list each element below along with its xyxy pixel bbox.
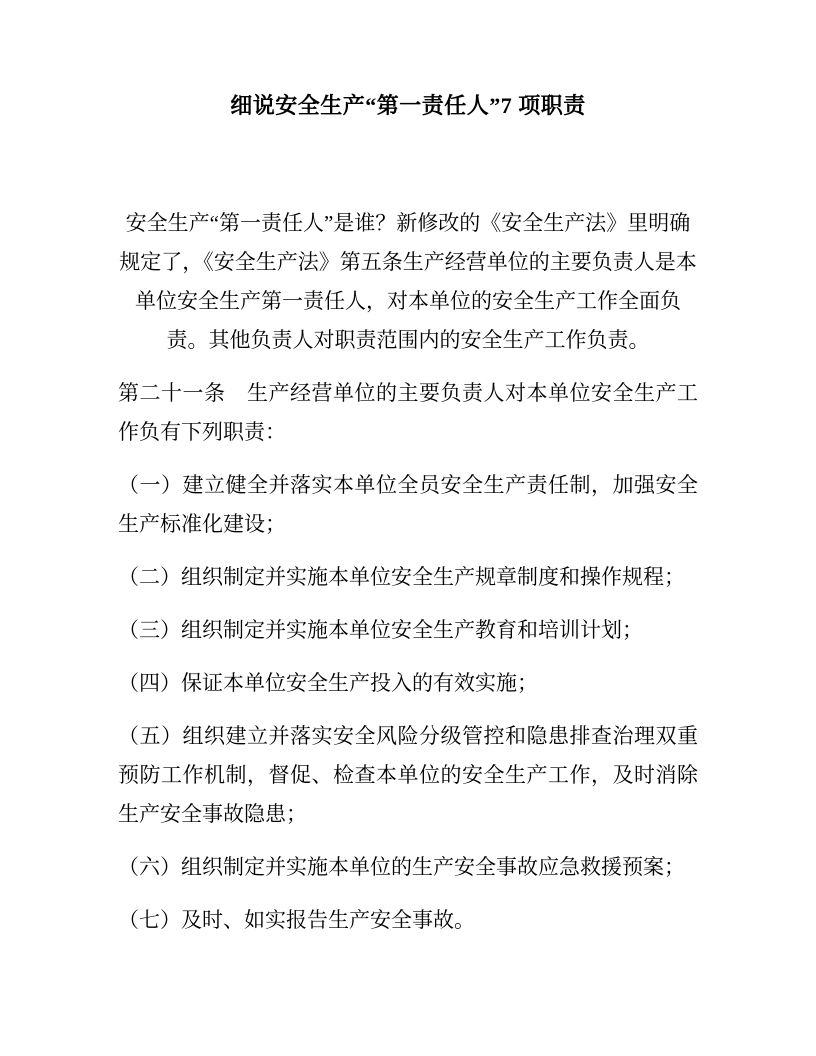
duty-item-1: （一）建立健全并落实本单位全员安全生产责任制，加强安全生产标准化建设； [118, 466, 698, 544]
article-21-paragraph: 第二十一条 生产经营单位的主要负责人对本单位安全生产工作负有下列职责： [118, 374, 698, 452]
duty-item-6: （六）组织制定并实施本单位的生产安全事故应急救援预案； [118, 848, 698, 887]
intro-paragraph: 安全生产“第一责任人”是谁？新修改的《安全生产法》里明确规定了，《安全生产法》第… [118, 204, 698, 360]
duty-item-5: （五）组织建立并落实安全风险分级管控和隐患排查治理双重预防工作机制，督促、检查本… [118, 717, 698, 834]
duty-item-3: （三）组织制定并实施本单位安全生产教育和培训计划； [118, 611, 698, 650]
duty-item-7: （七）及时、如实报告生产安全事故。 [118, 901, 698, 940]
document-page: 细说安全生产“第一责任人”7 项职责 安全生产“第一责任人”是谁？新修改的《安全… [0, 0, 816, 1056]
duty-item-2: （二）组织制定并实施本单位安全生产规章制度和操作规程； [118, 558, 698, 597]
document-title: 细说安全生产“第一责任人”7 项职责 [118, 90, 698, 122]
duty-item-4: （四）保证本单位安全生产投入的有效实施； [118, 664, 698, 703]
